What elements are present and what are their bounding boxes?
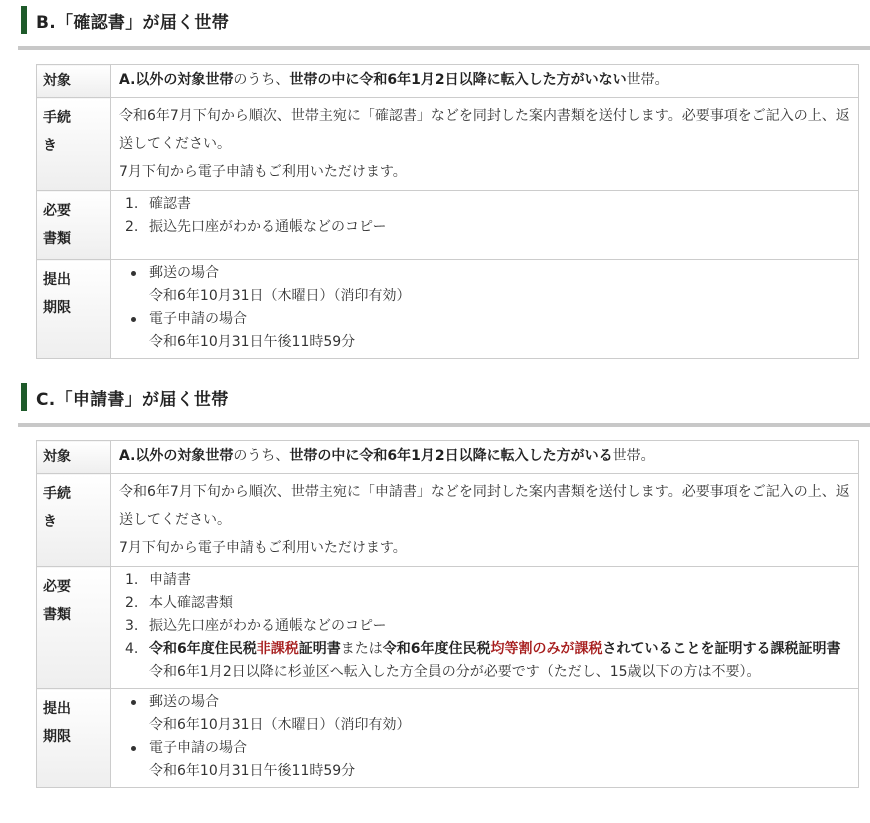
row-label-procedure: 手続 き (37, 474, 111, 567)
list-item: 3.振込先口座がわかる通帳などのコピー (119, 615, 850, 638)
row-procedure: 手続 き 令和6年7月下旬から順次、世帯主宛に「申請書」などを同封した案内書類を… (37, 474, 859, 567)
list-item: 1.確認書 (119, 193, 850, 216)
list-item: 4. 令和6年度住民税非課税証明書または令和6年度住民税均等割のみが課税されてい… (119, 638, 850, 684)
row-deadline: 提出 期限 郵送の場合令和6年10月31日（木曜日）（消印有効） 電子申請の場合… (37, 689, 859, 788)
row-deadline: 提出 期限 郵送の場合令和6年10月31日（木曜日）（消印有効） 電子申請の場合… (37, 260, 859, 359)
deadline-list-cell: 郵送の場合令和6年10月31日（木曜日）（消印有効） 電子申請の場合令和6年10… (111, 689, 859, 788)
row-target: 対象 A.以外の対象世帯のうち、世帯の中に令和6年1月2日以降に転入した方がいる… (37, 441, 859, 474)
list-item: 電子申請の場合令和6年10月31日午後11時59分 (119, 737, 850, 783)
deadline-list: 郵送の場合令和6年10月31日（木曜日）（消印有効） 電子申請の場合令和6年10… (119, 262, 850, 354)
target-description: A.以外の対象世帯のうち、世帯の中に令和6年1月2日以降に転入した方がいる世帯。 (111, 441, 859, 474)
list-item: 2.本人確認書類 (119, 592, 850, 615)
deadline-list: 郵送の場合令和6年10月31日（木曜日）（消印有効） 電子申請の場合令和6年10… (119, 691, 850, 783)
section-b-title: B.「確認書」が届く世帯 (36, 8, 229, 33)
section-c-title: C.「申請書」が届く世帯 (36, 385, 229, 410)
list-item: 2.振込先口座がわかる通帳などのコピー (119, 216, 850, 239)
row-label-target: 対象 (37, 441, 111, 474)
documents-list-cell: 1.申請書 2.本人確認書類 3.振込先口座がわかる通帳などのコピー 4. 令和… (111, 567, 859, 689)
list-item: 1.申請書 (119, 569, 850, 592)
bullet-icon (131, 700, 136, 705)
bullet-icon (131, 271, 136, 276)
procedure-text: 令和6年7月下旬から順次、世帯主宛に「確認書」などを同封した案内書類を送付します… (111, 98, 859, 191)
row-label-deadline: 提出 期限 (37, 260, 111, 359)
deadline-list-cell: 郵送の場合令和6年10月31日（木曜日）（消印有効） 電子申請の場合令和6年10… (111, 260, 859, 359)
heading-accent-bar (21, 383, 27, 411)
row-procedure: 手続 き 令和6年7月下旬から順次、世帯主宛に「確認書」などを同封した案内書類を… (37, 98, 859, 191)
list-item: 電子申請の場合令和6年10月31日午後11時59分 (119, 308, 850, 354)
documents-note: 令和6年1月2日以降に杉並区へ転入した方全員の分が必要です（ただし、15歳以下の… (149, 661, 850, 684)
row-label-documents: 必要 書類 (37, 567, 111, 689)
documents-list: 1.確認書 2.振込先口座がわかる通帳などのコピー (119, 193, 850, 239)
bullet-icon (131, 746, 136, 751)
list-item: 郵送の場合令和6年10月31日（木曜日）（消印有効） (119, 262, 850, 308)
documents-list: 1.申請書 2.本人確認書類 3.振込先口座がわかる通帳などのコピー 4. 令和… (119, 569, 850, 684)
row-label-documents: 必要 書類 (37, 191, 111, 260)
list-item: 郵送の場合令和6年10月31日（木曜日）（消印有効） (119, 691, 850, 737)
section-c-heading: C.「申請書」が届く世帯 (18, 383, 870, 411)
target-description: A.以外の対象世帯のうち、世帯の中に令和6年1月2日以降に転入した方がいない世帯… (111, 65, 859, 98)
row-target: 対象 A.以外の対象世帯のうち、世帯の中に令和6年1月2日以降に転入した方がいな… (37, 65, 859, 98)
row-documents: 必要 書類 1.申請書 2.本人確認書類 3.振込先口座がわかる通帳などのコピー… (37, 567, 859, 689)
heading-accent-bar (21, 6, 27, 34)
bullet-icon (131, 317, 136, 322)
procedure-text: 令和6年7月下旬から順次、世帯主宛に「申請書」などを同封した案内書類を送付します… (111, 474, 859, 567)
section-b-table: 対象 A.以外の対象世帯のうち、世帯の中に令和6年1月2日以降に転入した方がいな… (36, 64, 859, 359)
row-label-target: 対象 (37, 65, 111, 98)
row-documents: 必要 書類 1.確認書 2.振込先口座がわかる通帳などのコピー (37, 191, 859, 260)
row-label-procedure: 手続 き (37, 98, 111, 191)
documents-list-cell: 1.確認書 2.振込先口座がわかる通帳などのコピー (111, 191, 859, 260)
section-b-heading: B.「確認書」が届く世帯 (18, 6, 870, 34)
row-label-deadline: 提出 期限 (37, 689, 111, 788)
section-c-table: 対象 A.以外の対象世帯のうち、世帯の中に令和6年1月2日以降に転入した方がいる… (36, 440, 859, 788)
heading-divider (18, 423, 870, 427)
heading-divider (18, 46, 870, 50)
